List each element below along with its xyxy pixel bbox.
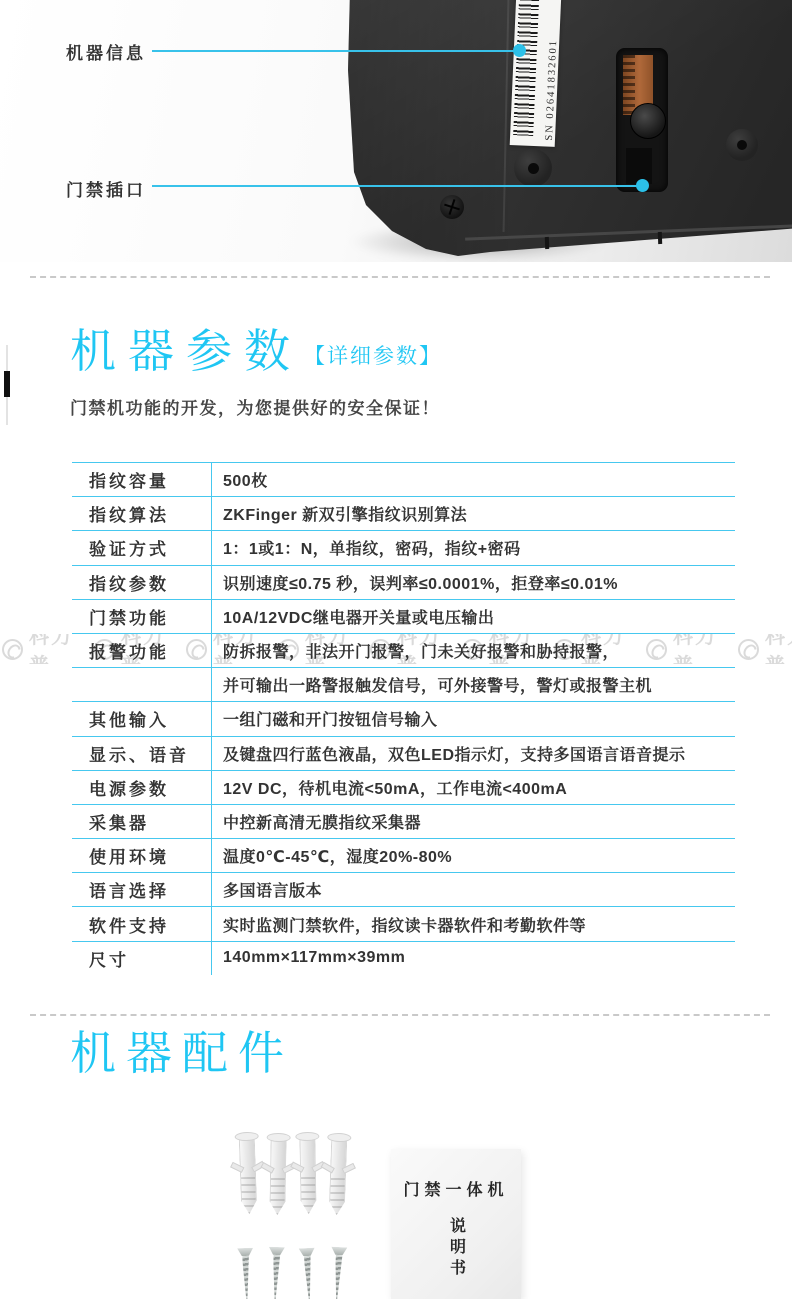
colipu-logo-icon	[2, 639, 23, 660]
spec-row-label: 门禁功能	[72, 604, 211, 629]
spec-row-value: 温度0℃-45℃，湿度20%-80%	[211, 844, 452, 867]
spec-row: 指纹算法ZKFinger 新双引擎指纹识别算法	[72, 496, 735, 530]
spec-row-value: 防拆报警，非法开门报警，门未关好报警和胁持报警，	[211, 639, 619, 662]
spec-row-value: 1：1或1：N，单指纹，密码，指纹+密码	[211, 536, 521, 559]
spec-row-value: 500枚	[211, 468, 268, 491]
spec-row: 指纹容量500枚	[72, 462, 735, 496]
spec-table: 指纹容量500枚指纹算法ZKFinger 新双引擎指纹识别算法验证方式1：1或1…	[72, 462, 735, 975]
watermark-text: 科力普	[765, 634, 792, 664]
params-title: 机器参数	[70, 328, 302, 374]
callout-dot-icon	[636, 179, 649, 192]
spec-row-label: 其他输入	[72, 706, 211, 731]
spec-row: 采集器中控新高清无膜指纹采集器	[72, 804, 735, 838]
mount-hole	[737, 140, 747, 150]
device-photo: SN 02641832601 机器信息 门禁插口	[0, 0, 792, 262]
spec-row-value: 并可输出一路警报触发信号，可外接警号，警灯或报警主机	[211, 673, 652, 696]
spec-row: 验证方式1：1或1：N，单指纹，密码，指纹+密码	[72, 530, 735, 564]
screw-image	[267, 1247, 285, 1299]
watermark-unit: 科力普	[738, 634, 792, 664]
wall-anchor-image	[265, 1133, 290, 1217]
serial-number-sticker: SN 02641832601	[510, 0, 562, 147]
spec-row: 其他输入一组门磁和开门按钮信号输入	[72, 701, 735, 735]
spec-row: 电源参数12V DC，待机电流<50mA，工作电流<400mA	[72, 770, 735, 804]
spec-table-divider	[211, 462, 212, 975]
spec-row-label: 报警功能	[72, 638, 211, 663]
mount-hole	[528, 163, 539, 174]
case-screw-icon	[440, 195, 464, 219]
screw-image	[299, 1248, 318, 1299]
spec-row-value: ZKFinger 新双引擎指纹识别算法	[211, 502, 467, 525]
spec-row: 软件支持实时监测门禁软件，指纹读卡器软件和考勤软件等	[72, 906, 735, 940]
callout-label-access-port: 门禁插口	[66, 176, 146, 201]
accessories-title: 机器配件	[70, 1030, 294, 1076]
spec-row-value: 一组门磁和开门按钮信号输入	[211, 707, 438, 730]
spec-row-label: 使用环境	[72, 843, 211, 868]
spec-row-value: 12V DC，待机电流<50mA，工作电流<400mA	[211, 776, 567, 799]
accessories-section-heading: 机器配件	[70, 1030, 294, 1076]
device-notch	[658, 232, 662, 244]
spec-row-value: 140mm×117mm×39mm	[211, 949, 405, 967]
left-edge-marker	[4, 371, 10, 397]
spec-row: 语言选择多国语言版本	[72, 872, 735, 906]
params-section-heading: 机器参数 【详细参数】	[70, 328, 442, 374]
spec-row: 指纹参数识别速度≤0.75 秒，误判率≤0.0001%，拒登率≤0.01%	[72, 565, 735, 599]
spec-row-label: 语言选择	[72, 877, 211, 902]
callout-dot-icon	[513, 44, 526, 57]
wiring-port-cutout	[616, 48, 668, 192]
params-subtitle: 门禁机功能的开发，为您提供好的安全保证！	[70, 394, 440, 419]
callout-label-machine-info: 机器信息	[66, 39, 146, 64]
booklet-title: 门禁一体机	[391, 1177, 521, 1200]
callout-line	[152, 50, 518, 52]
booklet-subtitle: 说明书	[445, 1217, 468, 1280]
spec-row: 尺寸140mm×117mm×39mm	[72, 941, 735, 975]
spec-row-label: 电源参数	[72, 775, 211, 800]
spec-row: 并可输出一路警报触发信号，可外接警号，警灯或报警主机	[72, 667, 735, 701]
spec-row-label: 显示、语音	[72, 741, 211, 766]
spec-row: 报警功能防拆报警，非法开门报警，门未关好报警和胁持报警，	[72, 633, 735, 667]
spec-row-label: 软件支持	[72, 912, 211, 937]
spec-row-label: 指纹参数	[72, 570, 211, 595]
params-title-suffix: 【详细参数】	[304, 340, 442, 370]
spec-row-label: 验证方式	[72, 535, 211, 560]
spec-row-label: 指纹容量	[72, 467, 211, 492]
spec-row-value: 10A/12VDC继电器开关量或电压输出	[211, 605, 494, 628]
spec-row-value: 多国语言版本	[211, 878, 322, 901]
buzzer-knob	[630, 103, 666, 139]
spec-row-label: 采集器	[72, 809, 211, 834]
callout-line	[152, 185, 638, 187]
barcode-image	[513, 0, 539, 136]
spec-row-value: 中控新高清无膜指纹采集器	[211, 810, 421, 833]
spec-row-label: 指纹算法	[72, 501, 211, 526]
dashed-separator	[30, 1014, 770, 1016]
wall-anchor-image	[235, 1132, 262, 1217]
device-notch	[545, 237, 549, 249]
colipu-logo-icon	[738, 639, 759, 660]
spec-row-value: 及键盘四行蓝色液晶，双色LED指示灯，支持多国语言语音提示	[211, 742, 686, 765]
spec-row-value: 实时监测门禁软件，指纹读卡器软件和考勤软件等	[211, 913, 586, 936]
screw-image	[329, 1247, 348, 1299]
spec-row: 显示、语音及键盘四行蓝色液晶，双色LED指示灯，支持多国语言语音提示	[72, 736, 735, 770]
manual-booklet-image: 门禁一体机 说明书	[391, 1149, 521, 1299]
wall-anchor-image	[295, 1132, 320, 1216]
spec-row-value: 识别速度≤0.75 秒，误判率≤0.0001%，拒登率≤0.01%	[211, 571, 618, 594]
wall-anchor-image	[325, 1133, 352, 1218]
dashed-separator	[30, 276, 770, 278]
device-back-panel-image	[340, 0, 792, 262]
spec-row: 使用环境温度0℃-45℃，湿度20%-80%	[72, 838, 735, 872]
spec-row: 门禁功能10A/12VDC继电器开关量或电压输出	[72, 599, 735, 633]
screw-image	[237, 1248, 255, 1299]
product-detail-page: SN 02641832601 机器信息 门禁插口 机器参数 【详细参数】 门禁机…	[0, 0, 792, 1299]
spec-row-label: 尺寸	[72, 946, 211, 971]
